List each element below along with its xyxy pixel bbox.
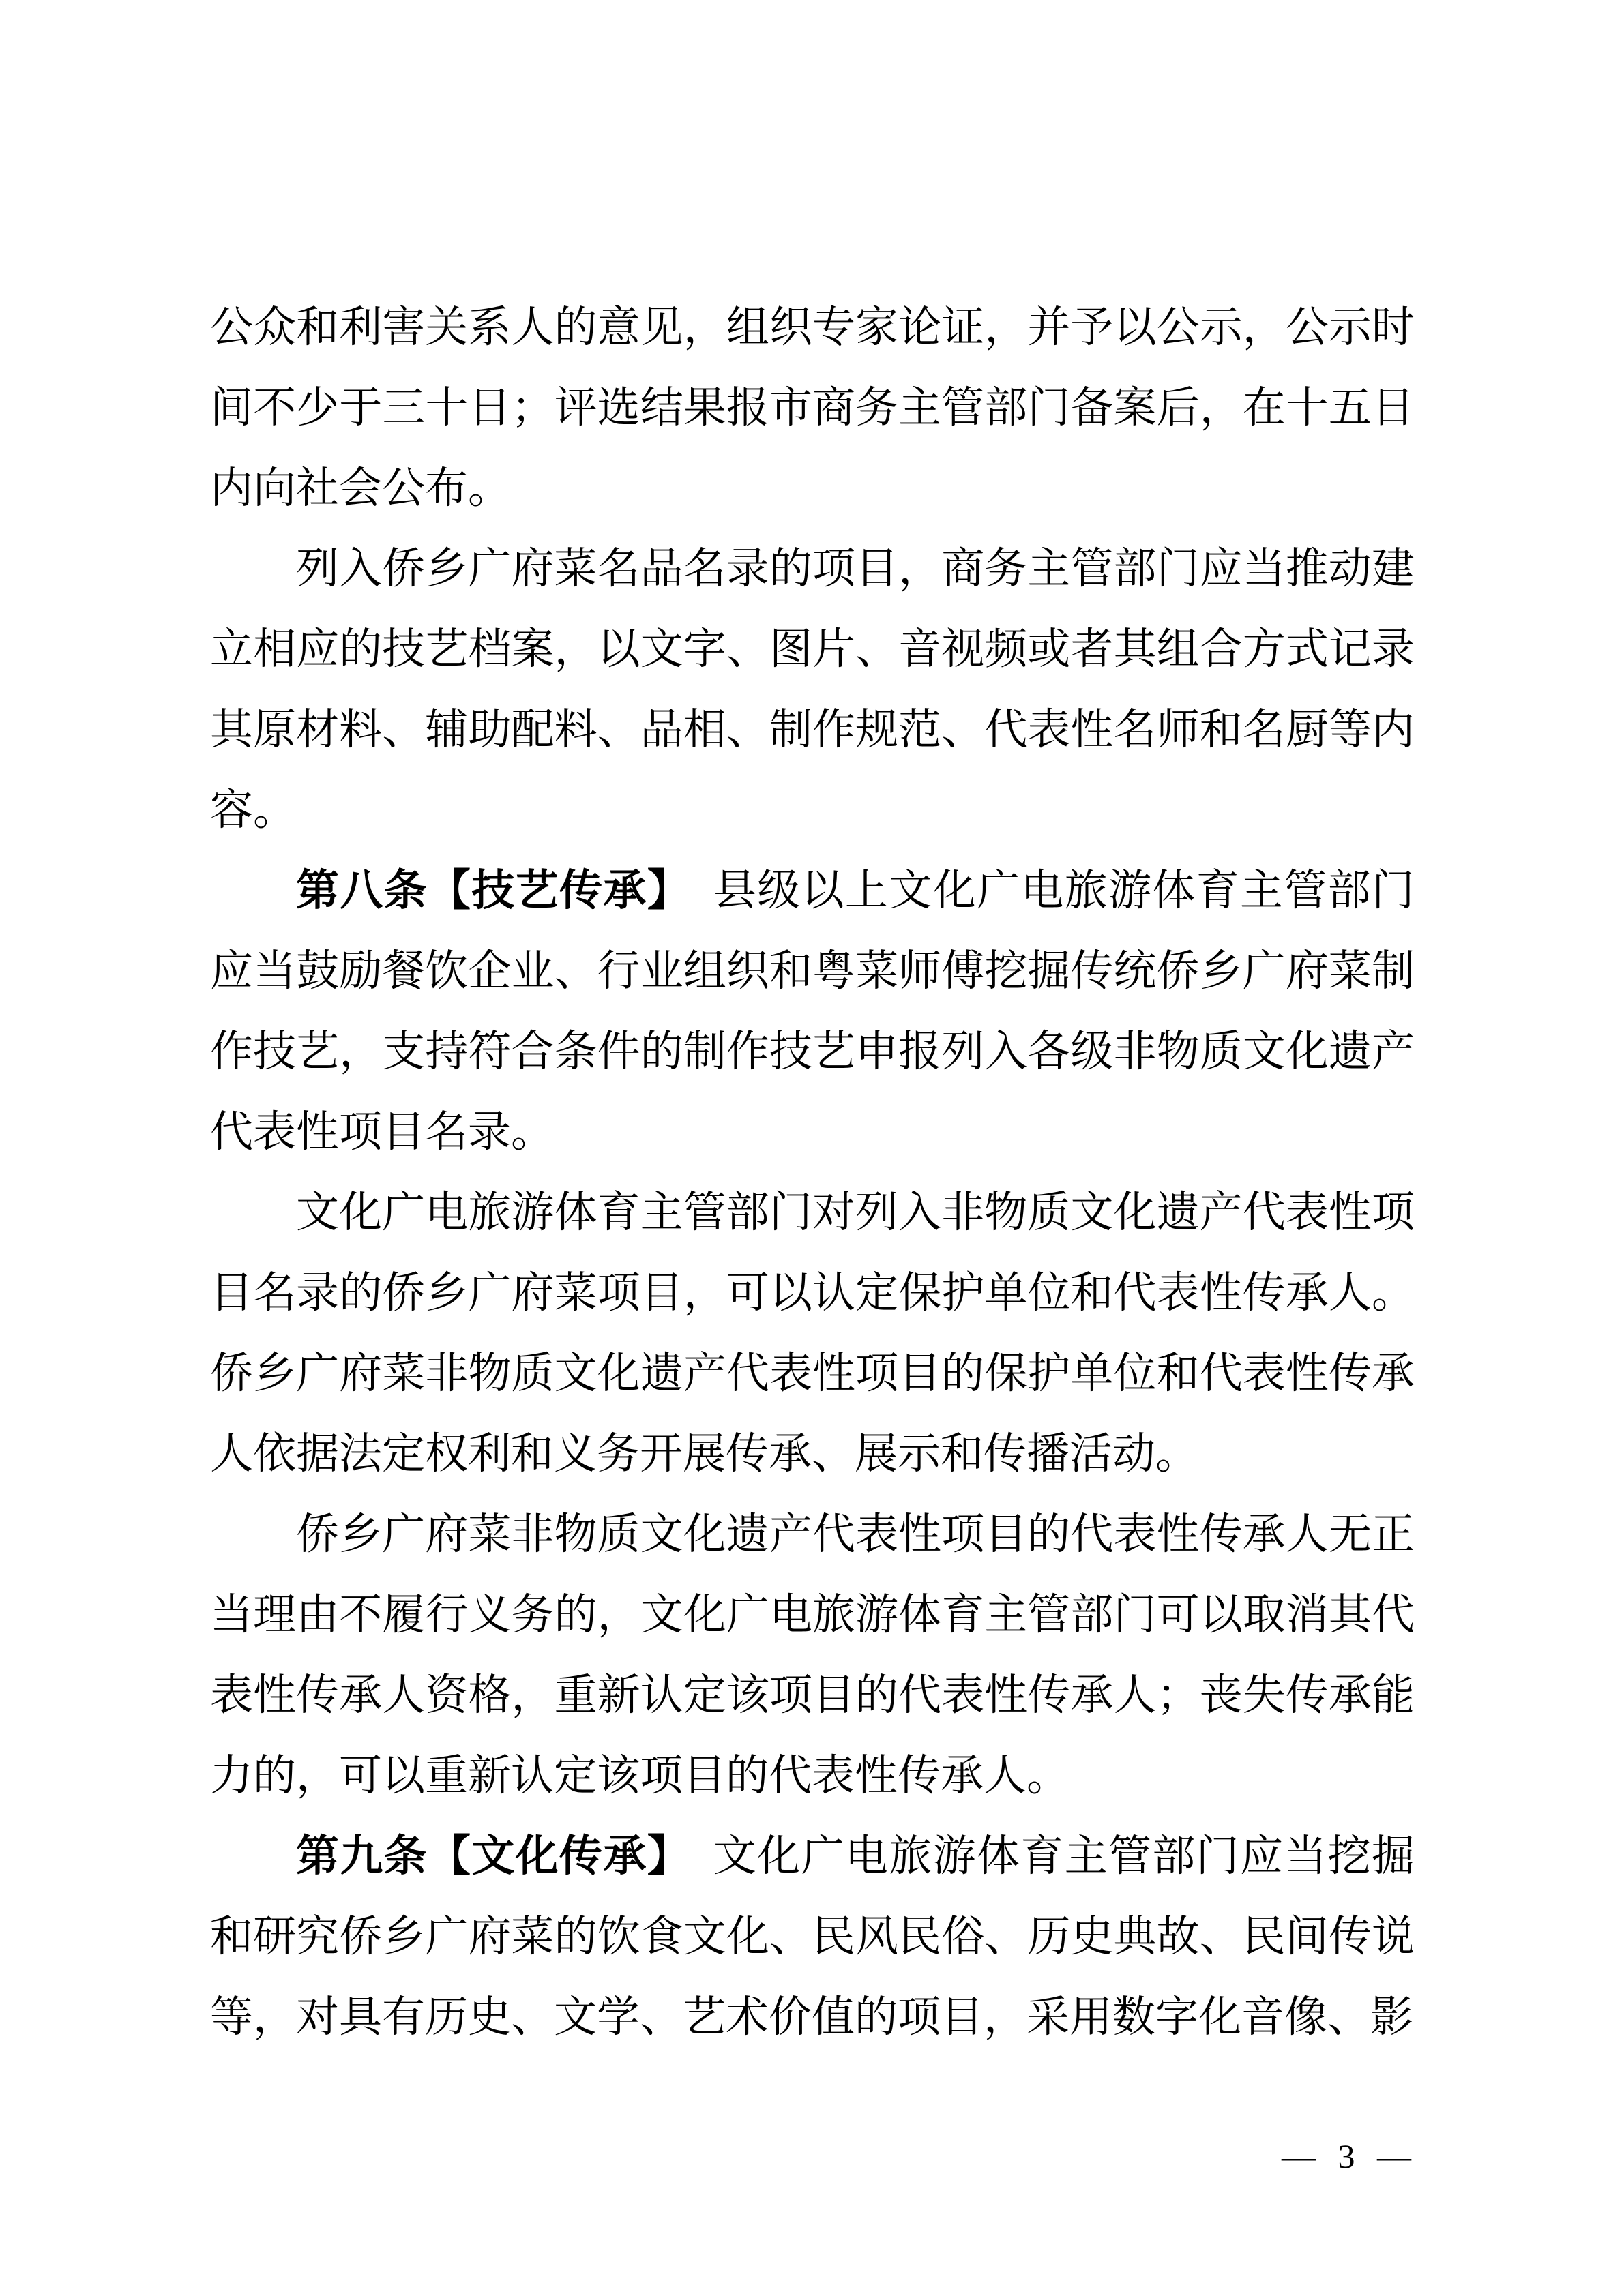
paragraph: 列入侨乡广府菜名品名录的项目，商务主管部门应当推动建立相应的技艺档案，以文字、图… <box>210 528 1415 850</box>
page-number: — 3 — <box>1282 2136 1418 2177</box>
document-body: 公众和利害关系人的意见，组织专家论证，并予以公示，公示时间不少于三十日；评选结果… <box>210 287 1415 2057</box>
paragraph-text: 侨乡广府菜非物质文化遗产代表性项目的代表性传承人无正当理由不履行义务的，文化广电… <box>210 1510 1415 1800</box>
article-8-heading: 第八条【技艺传承】 <box>296 867 670 914</box>
article-9-heading: 第九条【文化传承】 <box>296 1832 670 1880</box>
paragraph-text: 列入侨乡广府菜名品名录的项目，商务主管部门应当推动建立相应的技艺档案，以文字、图… <box>210 545 1415 834</box>
paragraph: 侨乡广府菜非物质文化遗产代表性项目的代表性传承人无正当理由不履行义务的，文化广电… <box>210 1494 1415 1816</box>
paragraph-article-9: 第九条【文化传承】 文化广电旅游体育主管部门应当挖掘和研究侨乡广府菜的饮食文化、… <box>210 1816 1415 2057</box>
paragraph-article-8: 第八条【技艺传承】 县级以上文化广电旅游体育主管部门应当鼓励餐饮企业、行业组织和… <box>210 850 1415 1172</box>
paragraph-text: 文化广电旅游体育主管部门对列入非物质文化遗产代表性项目名录的侨乡广府菜项目，可以… <box>210 1189 1415 1478</box>
paragraph: 公众和利害关系人的意见，组织专家论证，并予以公示，公示时间不少于三十日；评选结果… <box>210 287 1415 528</box>
paragraph: 文化广电旅游体育主管部门对列入非物质文化遗产代表性项目名录的侨乡广府菜项目，可以… <box>210 1172 1415 1494</box>
paragraph-text: 公众和利害关系人的意见，组织专家论证，并予以公示，公示时间不少于三十日；评选结果… <box>210 303 1415 512</box>
document-page: 公众和利害关系人的意见，组织专家论证，并予以公示，公示时间不少于三十日；评选结果… <box>0 0 1624 2296</box>
